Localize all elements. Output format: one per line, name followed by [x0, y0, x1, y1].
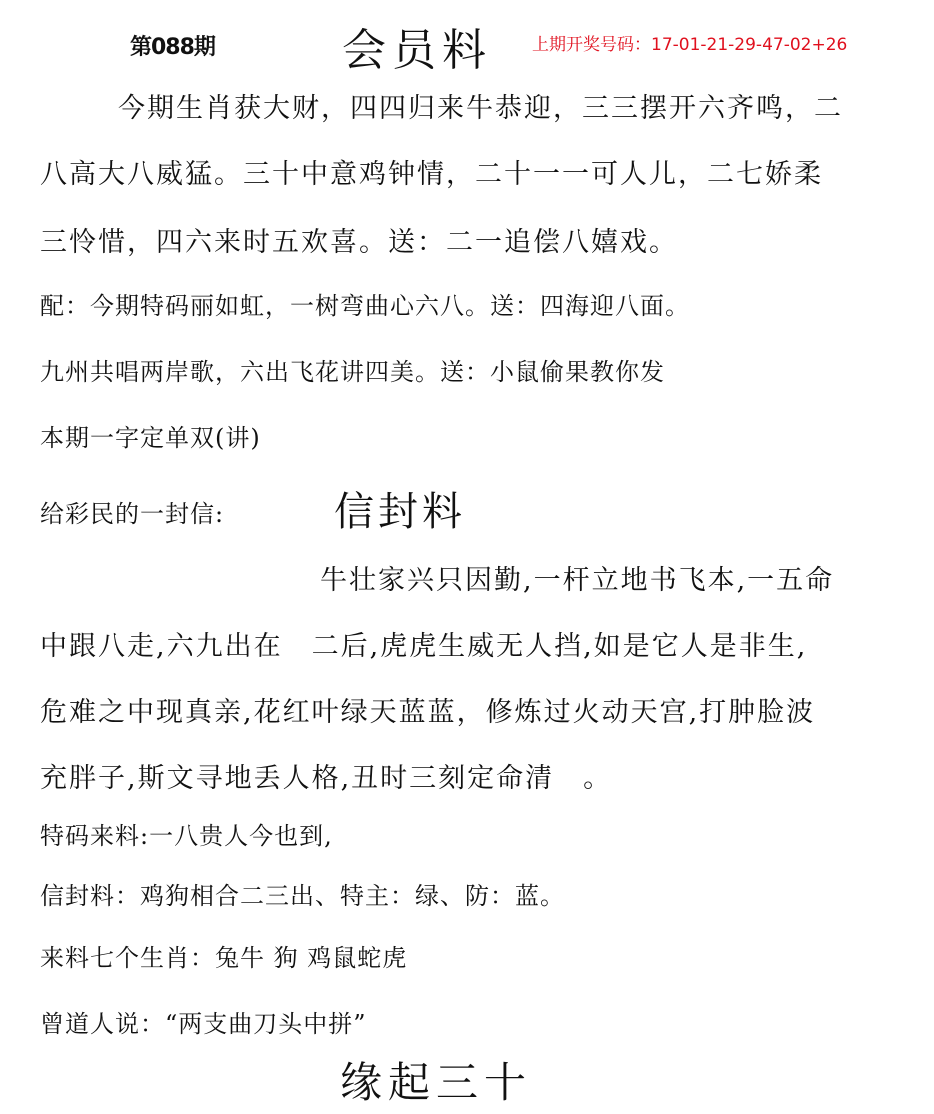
member-line-1: 今期生肖获大财，四四归来牛恭迎，三三摆开六齐鸣，二	[118, 86, 843, 125]
footer-title: 缘起三十	[340, 1050, 532, 1110]
member-line-5: 九州共唱两岸歌，六出飞花讲四美。送：小鼠偷果教你发	[40, 352, 665, 387]
letter-label: 给彩民的一封信:	[40, 494, 224, 529]
member-line-2: 八高大八威猛。三十中意鸡钟情，二十一一可人儿，二七娇柔	[40, 152, 823, 191]
last-draw-numbers: 上期开奖号码：17-01-21-29-47-02+26	[532, 30, 847, 55]
member-line-4: 配：今期特码丽如虹，一树弯曲心六八。送：四海迎八面。	[40, 286, 690, 321]
page-title: 会员料	[342, 14, 492, 78]
member-line-3: 三怜惜，四六来时五欢喜。送：二一追偿八嬉戏。	[40, 220, 678, 259]
issue-number: 第088期	[130, 30, 215, 61]
letter-line-2: 中跟八走,六九出在 二后,虎虎生威无人挡,如是它人是非生,	[40, 624, 807, 663]
envelope-hint-line: 信封料：鸡狗相合二三出、特主：绿、防：蓝。	[40, 876, 565, 911]
special-code-line: 特码来料:一八贵人今也到,	[40, 816, 333, 851]
letter-line-3: 危难之中现真亲,花红叶绿天蓝蓝，修炼过火动天宫,打肿脸波	[40, 690, 815, 729]
quote-line: 曾道人说：“两支曲刀头中拼”	[40, 1004, 367, 1039]
zodiac-line: 来料七个生肖：兔牛 狗 鸡鼠蛇虎	[40, 938, 407, 973]
letter-line-4: 充胖子,斯文寻地丢人格,丑时三刻定命清 。	[40, 756, 612, 795]
letter-line-1: 牛壮家兴只因勤,一杆立地书飞本,一五命	[320, 558, 834, 597]
letter-title: 信封料	[334, 480, 466, 537]
member-line-6: 本期一字定单双(讲)	[40, 418, 261, 453]
